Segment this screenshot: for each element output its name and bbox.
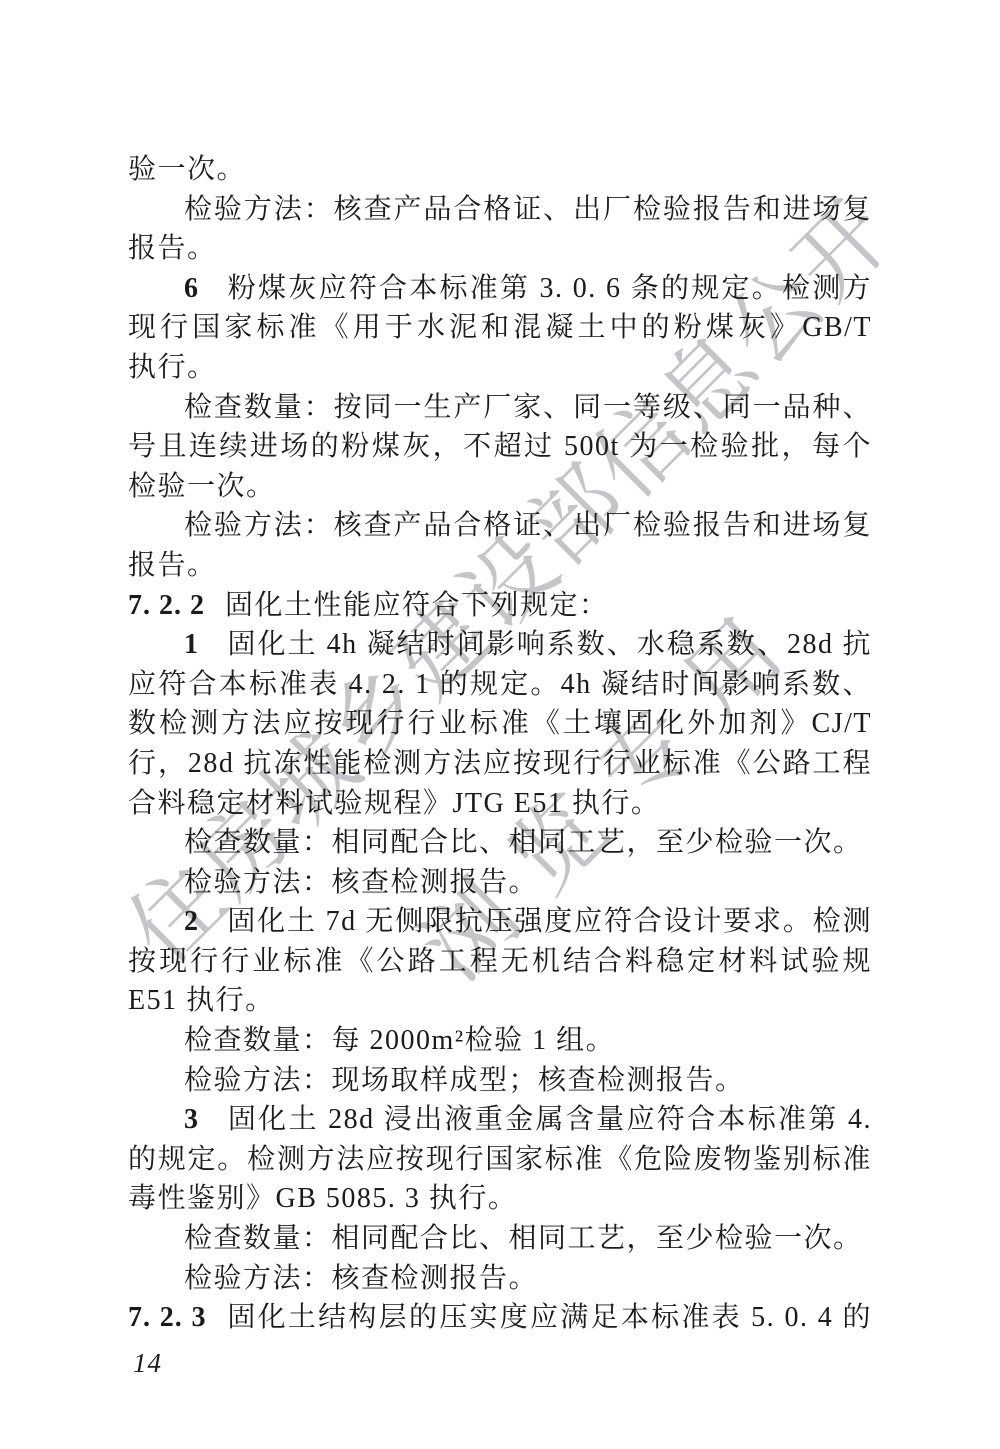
text-line: 合料稳定材料试验规程》JTG E51 执行。: [128, 784, 872, 824]
text-line: 按现行行业标准《公路工程无机结合料稳定材料试验规程》JTG: [128, 942, 872, 982]
text-line: 检验方法：核查产品合格证、出厂检验报告和进场复验: [128, 506, 872, 546]
line-text: 的规定。检测方法应按现行国家标准《危险废物鉴别标准 浸出: [128, 1144, 872, 1180]
line-text: 检验方法：核查检测报告。: [184, 867, 538, 898]
clause-number: 6: [184, 273, 199, 304]
text-line: 7. 2. 2固化土性能应符合下列规定：: [128, 586, 872, 626]
line-text: 检查数量：相同配合比、相同工艺，至少检验一次。: [184, 1223, 863, 1254]
line-text: 检验方法：核查产品合格证、出厂检验报告和进场复验: [184, 510, 872, 546]
line-text: 检查数量：每 2000m²检验 1 组。: [184, 1025, 615, 1056]
line-text: 检验一次。: [128, 471, 276, 502]
text-line: 6粉煤灰应符合本标准第 3. 0. 6 条的规定。检测方法应按: [128, 269, 872, 309]
text-line: E51 执行。: [128, 981, 872, 1021]
page-number: 14: [133, 1348, 162, 1379]
text-line: 检验方法：核查产品合格证、出厂检验报告和进场复验: [128, 190, 872, 230]
text-line: 验一次。: [128, 150, 872, 190]
text-line: 的规定。检测方法应按现行国家标准《危险废物鉴别标准 浸出: [128, 1140, 872, 1180]
text-line: 检查数量：按同一生产厂家、同一等级、同一品种、同一批: [128, 388, 872, 428]
text-line: 检验方法：现场取样成型；核查检测报告。: [128, 1061, 872, 1101]
line-text: 行，28d 抗冻性能检测方法应按现行行业标准《公路工程无机结: [128, 748, 872, 784]
clause-number: 7. 2. 2: [128, 590, 205, 621]
document-page: 住房城乡建设部信息公开 浏览专用 验一次。 检验方法：核查产品合格证、出厂检验报…: [0, 0, 1000, 1449]
text-line: 检验方法：核查检测报告。: [128, 863, 872, 903]
text-line: 2固化土 7d 无侧限抗压强度应符合设计要求。检测方法应: [128, 902, 872, 942]
text-line: 应符合本标准表 4. 2. 1 的规定。4h 凝结时间影响系数、水稳系: [128, 665, 872, 705]
text-line: 7. 2. 3固化土结构层的压实度应满足本标准表 5. 0. 4 的规定。: [128, 1298, 872, 1338]
line-text: 检验方法：核查检测报告。: [184, 1263, 538, 1294]
text-line: 数检测方法应按现行行业标准《土壤固化外加剂》CJ/T 486 执: [128, 704, 872, 744]
line-text: 检查数量：相同配合比、相同工艺，至少检验一次。: [184, 827, 863, 858]
text-line: 检查数量：相同配合比、相同工艺，至少检验一次。: [128, 1219, 872, 1259]
line-text: 应符合本标准表 4. 2. 1 的规定。4h 凝结时间影响系数、水稳系: [128, 669, 872, 705]
text-line: 1固化土 4h 凝结时间影响系数、水稳系数、28d 抗冻性能: [128, 625, 872, 665]
text-line: 检验方法：核查检测报告。: [128, 1259, 872, 1299]
line-text: 检验方法：核查产品合格证、出厂检验报告和进场复验: [184, 194, 872, 230]
line-text: 固化土性能应符合下列规定：: [225, 590, 609, 621]
text-line: 行，28d 抗冻性能检测方法应按现行行业标准《公路工程无机结: [128, 744, 872, 784]
line-text: 报告。: [128, 550, 217, 581]
line-text: 验一次。: [128, 154, 246, 185]
text-line: 检查数量：相同配合比、相同工艺，至少检验一次。: [128, 823, 872, 863]
text-line: 报告。: [128, 546, 872, 586]
line-text: 报告。: [128, 233, 217, 264]
line-text: 固化土 28d 浸出液重金属含量应符合本标准第 4. 2. 2 条: [184, 1104, 872, 1140]
line-text: 合料稳定材料试验规程》JTG E51 执行。: [128, 788, 660, 819]
line-text: 毒性鉴别》GB 5085. 3 执行。: [128, 1183, 517, 1214]
text-line: 检查数量：每 2000m²检验 1 组。: [128, 1021, 872, 1061]
line-text: 固化土 4h 凝结时间影响系数、水稳系数、28d 抗冻性能: [184, 629, 872, 665]
text-line: 检验一次。: [128, 467, 872, 507]
line-text: 数检测方法应按现行行业标准《土壤固化外加剂》CJ/T 486 执: [128, 708, 872, 744]
line-text: 固化土结构层的压实度应满足本标准表 5. 0. 4 的规定。: [128, 1302, 872, 1338]
text-line: 报告。: [128, 229, 872, 269]
clause-number: 3: [184, 1104, 199, 1135]
clause-number: 7. 2. 3: [128, 1302, 207, 1333]
line-text: E51 执行。: [128, 985, 275, 1016]
line-text: 检查数量：按同一生产厂家、同一等级、同一品种、同一批: [184, 392, 872, 428]
line-text: 按现行行业标准《公路工程无机结合料稳定材料试验规程》JTG: [128, 946, 872, 982]
text-line: 号且连续进场的粉煤灰，不超过 500t 为一检验批，每个检验批: [128, 427, 872, 467]
clause-number: 2: [184, 906, 199, 937]
text-lines: 验一次。 检验方法：核查产品合格证、出厂检验报告和进场复验 报告。 6粉煤灰应符…: [128, 150, 872, 1338]
text-line: 现行国家标准《用于水泥和混凝土中的粉煤灰》GB/T 1596: [128, 308, 872, 348]
line-text: 粉煤灰应符合本标准第 3. 0. 6 条的规定。检测方法应按: [184, 273, 872, 309]
line-text: 检验方法：现场取样成型；核查检测报告。: [184, 1065, 745, 1096]
text-line: 3固化土 28d 浸出液重金属含量应符合本标准第 4. 2. 2 条: [128, 1100, 872, 1140]
line-text: 固化土 7d 无侧限抗压强度应符合设计要求。检测方法应: [184, 906, 872, 942]
line-text: 现行国家标准《用于水泥和混凝土中的粉煤灰》GB/T 1596: [128, 312, 872, 348]
line-text: 号且连续进场的粉煤灰，不超过 500t 为一检验批，每个检验批: [128, 431, 872, 467]
text-line: 毒性鉴别》GB 5085. 3 执行。: [128, 1179, 872, 1219]
line-text: 执行。: [128, 352, 217, 383]
clause-number: 1: [184, 629, 199, 660]
text-line: 执行。: [128, 348, 872, 388]
